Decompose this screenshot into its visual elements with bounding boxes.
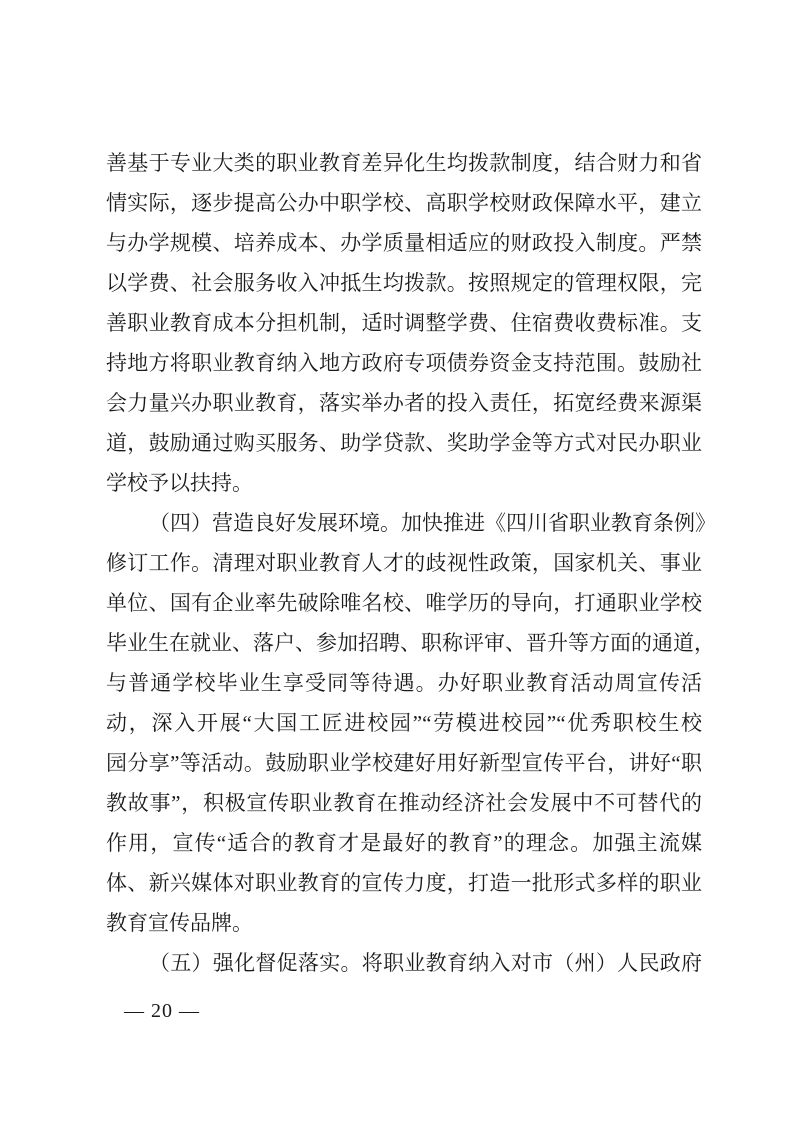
text-line: 善职业教育成本分担机制，适时调整学费、住宿费收费标准。支 (106, 303, 702, 343)
text-line: 园分享”等活动。鼓励职业学校建好用好新型宣传平台，讲好“职 (106, 743, 702, 783)
text-line: 作用，宣传“适合的教育才是最好的教育”的理念。加强主流媒 (106, 823, 702, 863)
text-line: 动，深入开展“大国工匠进校园”“劳模进校园”“优秀职校生校 (106, 703, 702, 743)
text-line: 会力量兴办职业教育，落实举办者的投入责任，拓宽经费来源渠 (106, 383, 702, 423)
text-line: 学校予以扶持。 (106, 463, 702, 503)
text-line: 情实际，逐步提高公办中职学校、高职学校财政保障水平，建立 (106, 183, 702, 223)
text-line: 体、新兴媒体对职业教育的宣传力度，打造一批形式多样的职业 (106, 863, 702, 903)
text-line: 单位、国有企业率先破除唯名校、唯学历的导向，打通职业学校 (106, 583, 702, 623)
page-footer: — 20 — (124, 998, 200, 1024)
text-line: 教故事”，积极宣传职业教育在推动经济社会发展中不可替代的 (106, 783, 702, 823)
document-body: 善基于专业大类的职业教育差异化生均拨款制度，结合财力和省情实际，逐步提高公办中职… (106, 143, 702, 983)
text-line: 毕业生在就业、落户、参加招聘、职称评审、晋升等方面的通道， (106, 623, 702, 663)
text-line: （五）强化督促落实。将职业教育纳入对市（州）人民政府 (106, 943, 702, 983)
text-line: 与普通学校毕业生享受同等待遇。办好职业教育活动周宣传活 (106, 663, 702, 703)
text-line: （四）营造良好发展环境。加快推进《四川省职业教育条例》 (106, 503, 702, 543)
text-line: 与办学规模、培养成本、办学质量相适应的财政投入制度。严禁 (106, 223, 702, 263)
page-number: — 20 — (124, 1000, 200, 1022)
text-line: 教育宣传品牌。 (106, 903, 702, 943)
text-line: 善基于专业大类的职业教育差异化生均拨款制度，结合财力和省 (106, 143, 702, 183)
text-line: 道，鼓励通过购买服务、助学贷款、奖助学金等方式对民办职业 (106, 423, 702, 463)
text-line: 以学费、社会服务收入冲抵生均拨款。按照规定的管理权限，完 (106, 263, 702, 303)
text-line: 修订工作。清理对职业教育人才的歧视性政策，国家机关、事业 (106, 543, 702, 583)
text-line: 持地方将职业教育纳入地方政府专项债券资金支持范围。鼓励社 (106, 343, 702, 383)
document-page: 善基于专业大类的职业教育差异化生均拨款制度，结合财力和省情实际，逐步提高公办中职… (0, 0, 793, 1122)
